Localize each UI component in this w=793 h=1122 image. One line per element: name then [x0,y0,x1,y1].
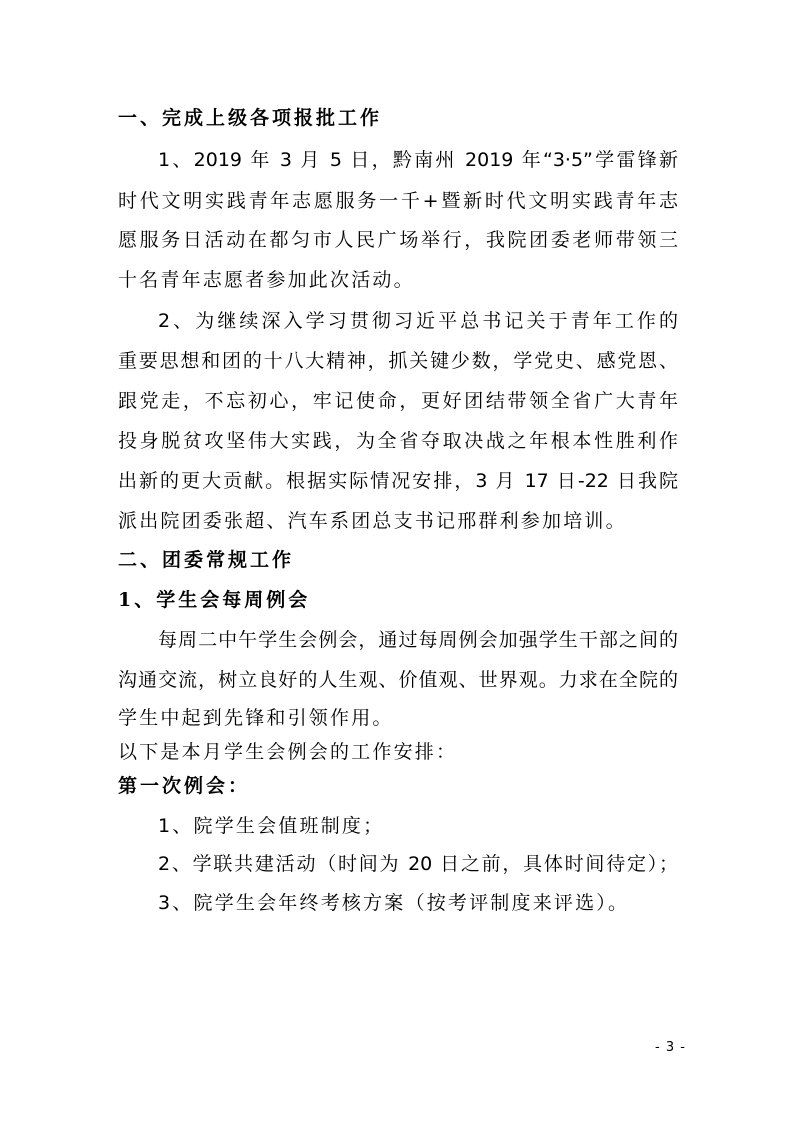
section2-subheading: 1、学生会每周例会 [118,588,678,612]
meeting-heading: 第一次例会： [118,774,678,798]
meeting-item-2: 2、学联共建活动（时间为 20 日之前，具体时间待定）； [158,852,678,876]
item2-line-1: 2、为继续深入学习贯彻习近平总书记关于青年工作的 [158,309,678,333]
item2-line-5: 出新的更大贡献。根据实际情况安排，3 月 17 日-22 日我院 [118,469,678,493]
meeting-item-1: 1、院学生会值班制度； [158,814,678,838]
item2-line-2: 重要思想和团的十八大精神，抓关键少数，学党史、感党恩、 [118,349,678,373]
item2-line-4: 投身脱贫攻坚伟大实践，为全省夺取决战之年根本性胜利作 [118,429,678,453]
item2-line-6: 派出院团委张超、汽车系团总支书记邢群利参加培训。 [118,509,678,533]
section1-heading: 一、完成上级各项报批工作 [118,106,678,130]
meeting-item-3: 3、院学生会年终考核方案（按考评制度来评选）。 [158,891,678,915]
item2-line-3: 跟党走，不忘初心，牢记使命，更好团结带领全省广大青年 [118,389,678,413]
paragraph-line-1: 每周二中午学生会例会，通过每周例会加强学生干部之间的 [158,628,678,652]
paragraph-line-3: 学生中起到先锋和引领作用。 [118,706,678,730]
paragraph-line-2: 沟通交流，树立良好的人生观、价值观、世界观。力求在全院的 [118,668,678,692]
section2-heading: 二、团委常规工作 [118,548,678,572]
item1-line-1: 1、2019 年 3 月 5 日，黔南州 2019 年“3·5”学雷锋新 [158,148,678,172]
page-number: - 3 - [655,1040,686,1055]
item1-line-2: 时代文明实践青年志愿服务一千+暨新时代文明实践青年志 [118,189,678,213]
arrangement-intro: 以下是本月学生会例会的工作安排： [118,740,678,764]
item1-line-4: 十名青年志愿者参加此次活动。 [118,268,678,292]
item1-line-3: 愿服务日活动在都匀市人民广场举行，我院团委老师带领三 [118,228,678,252]
